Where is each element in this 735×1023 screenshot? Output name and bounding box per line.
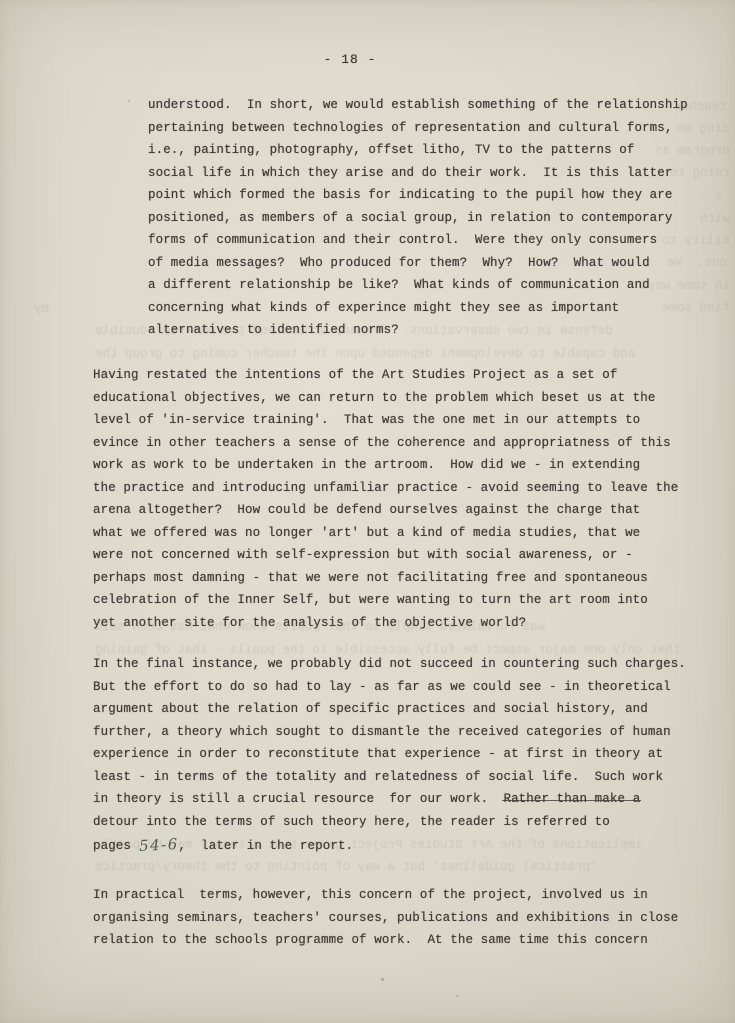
text-line: But the effort to do so had to lay - as … — [93, 676, 686, 699]
text-line: detour into the terms of such theory her… — [93, 811, 686, 834]
text-line: forms of communication and their control… — [148, 229, 688, 252]
text-line: of media messages? Who produced for them… — [148, 252, 688, 275]
text-line: a different relationship be like? What k… — [148, 274, 688, 297]
paragraph: understood. In short, we would establish… — [148, 94, 688, 342]
text-line: celebration of the Inner Self, but were … — [93, 589, 678, 612]
text-line: concerning what kinds of experince might… — [148, 297, 688, 320]
paper-speck — [128, 100, 130, 102]
bleed-through-text: with — [700, 212, 730, 226]
text-line: understood. In short, we would establish… — [148, 94, 688, 117]
text-line: yet another site for the analysis of the… — [93, 612, 678, 635]
page-number: - 18 - — [0, 52, 700, 67]
text-line: the practice and introducing unfamiliar … — [93, 477, 678, 500]
bleed-through-text: and capable to development depended upon… — [95, 347, 635, 361]
text-line: pages 54-6, later in the report. — [93, 833, 686, 856]
struck-through-text: Rather than make a — [503, 792, 640, 806]
text-line: evince in other teachers a sense of the … — [93, 432, 678, 455]
paragraph: In the final instance, we probably did n… — [93, 653, 686, 856]
paragraph: In practical terms, however, this concer… — [93, 884, 678, 952]
text-line: least - in terms of the totality and rel… — [93, 766, 686, 789]
paragraph: Having restated the intentions of the Ar… — [93, 364, 678, 634]
text-line: In practical terms, however, this concer… — [93, 884, 678, 907]
text-line: work as work to be undertaken in the art… — [93, 454, 678, 477]
text-line: educational objectives, we can return to… — [93, 387, 678, 410]
text-line: level of 'in-service training'. That was… — [93, 409, 678, 432]
text-line: In the final instance, we probably did n… — [93, 653, 686, 676]
text-line: social life in which they arise and do t… — [148, 162, 688, 185]
text-line: what we offered was no longer 'art' but … — [93, 522, 678, 545]
text-line: further, a theory which sought to disman… — [93, 721, 686, 744]
text-segment: , later in the report. — [178, 839, 353, 853]
paper-speck — [456, 995, 459, 997]
text-line: in theory is still a crucial resource fo… — [93, 788, 686, 811]
text-line: experience in order to reconstitute that… — [93, 743, 686, 766]
text-segment: in theory is still a crucial resource fo… — [93, 792, 503, 806]
text-line: arena altogether? How could be defend ou… — [93, 499, 678, 522]
paper-speck — [381, 978, 384, 981]
bleed-through-text: by — [34, 302, 49, 316]
text-line: were not concerned with self-expression … — [93, 544, 678, 567]
bleed-through-text: s - — [700, 190, 723, 204]
bleed-through-text: 'practical guidelines' but a way of poin… — [95, 860, 598, 874]
text-line: organising seminars, teachers' courses, … — [93, 907, 678, 930]
text-line: i.e., painting, photography, offset lith… — [148, 139, 688, 162]
text-line: Having restated the intentions of the Ar… — [93, 364, 678, 387]
text-line: point which formed the basis for indicat… — [148, 184, 688, 207]
text-line: positioned, as members of a social group… — [148, 207, 688, 230]
text-segment: pages — [93, 839, 139, 853]
text-line: alternatives to identified norms? — [148, 319, 688, 342]
text-line: pertaining between technologies of repre… — [148, 117, 688, 140]
text-line: argument about the relation of specific … — [93, 698, 686, 721]
scanned-page: - 18 - understood. In short, we would es… — [0, 0, 735, 1023]
handwritten-page-range: 54-6 — [138, 833, 179, 858]
text-line: perhaps most damning - that we were not … — [93, 567, 678, 590]
text-line: relation to the schools programme of wor… — [93, 929, 678, 952]
